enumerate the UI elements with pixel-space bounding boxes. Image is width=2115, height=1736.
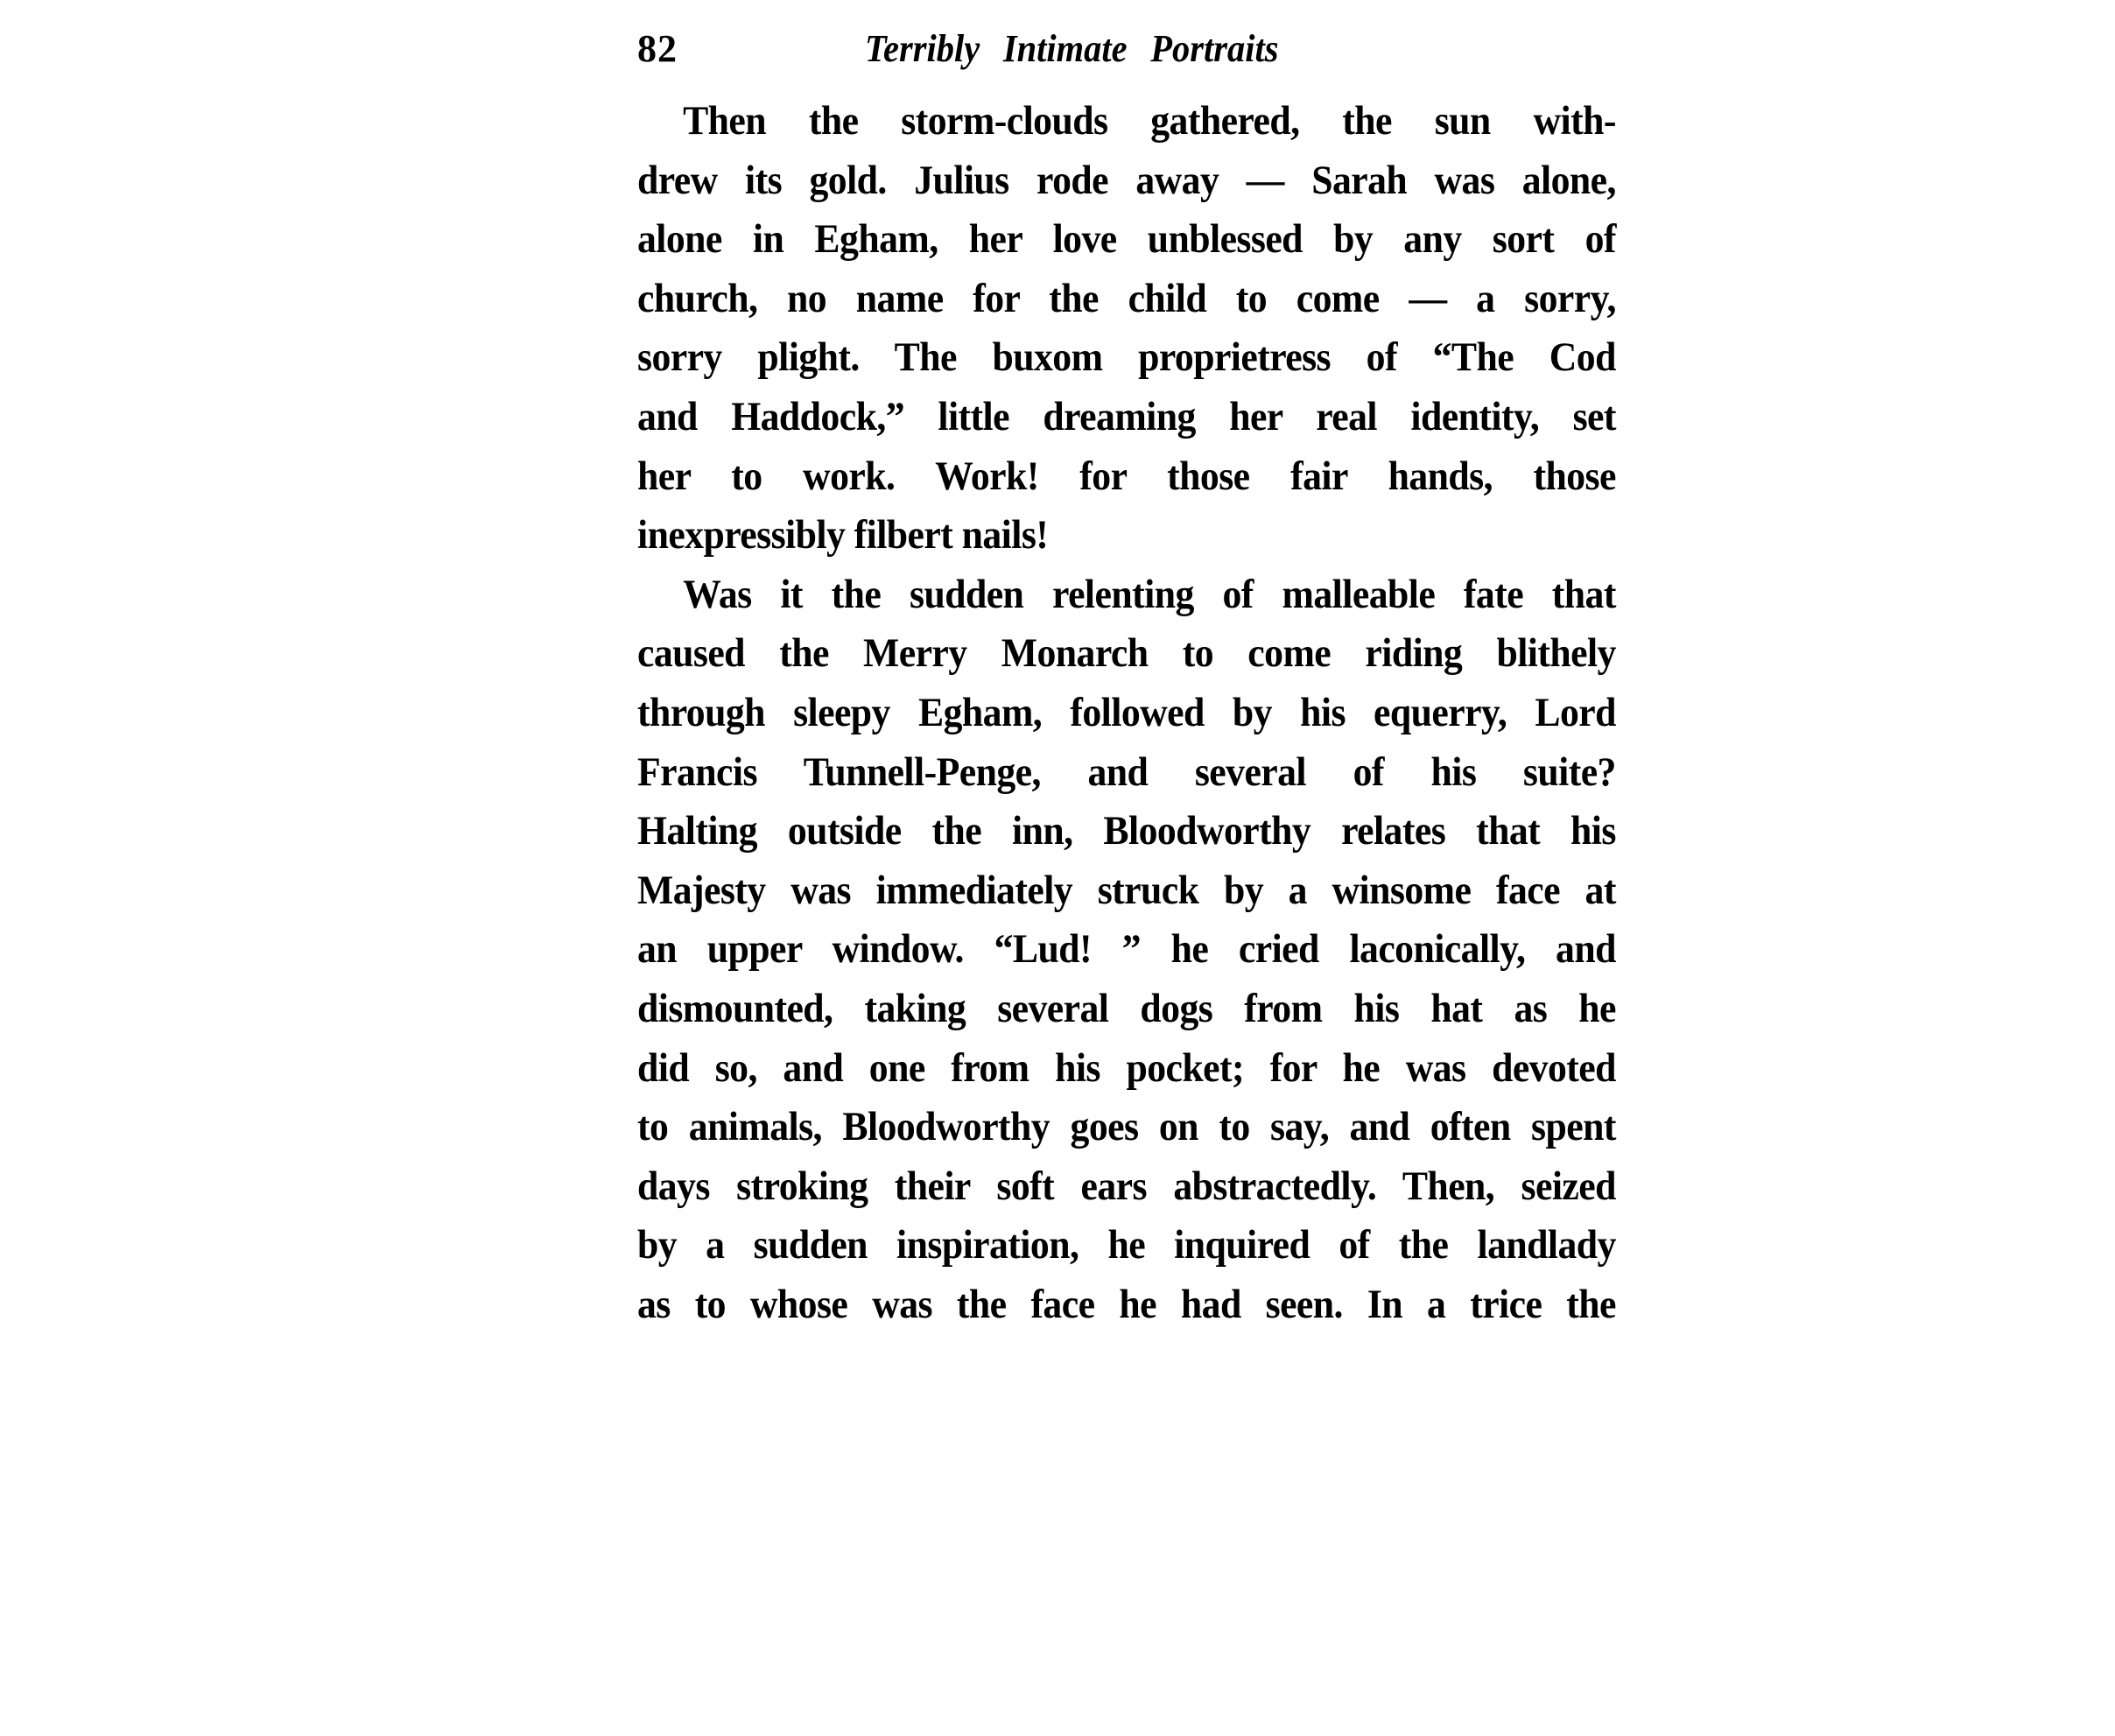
text-line: days stroking their soft ears abstracted…	[637, 1157, 1616, 1217]
page-number: 82	[637, 25, 678, 74]
text-line: Halting outside the inn, Bloodworthy rel…	[637, 802, 1616, 861]
text-line: dismounted, taking several dogs from his…	[637, 980, 1616, 1039]
body-text: Then the storm-clouds gathered, the sun …	[637, 92, 1616, 1334]
text-line: through sleepy Egham, followed by his eq…	[637, 684, 1616, 743]
running-head: 82 Terribly Intimate Portraits	[637, 25, 1616, 74]
paragraph-1: Then the storm-clouds gathered, the sun …	[637, 92, 1616, 566]
text-line: as to whose was the face he had seen. In…	[637, 1276, 1616, 1335]
text-line: Was it the sudden relenting of malleable…	[637, 566, 1616, 625]
paragraph-2: Was it the sudden relenting of malleable…	[637, 566, 1616, 1335]
text-line: her to work. Work! for those fair hands,…	[637, 447, 1616, 507]
text-line: Francis Tunnell-Penge, and several of hi…	[637, 743, 1616, 803]
text-line: alone in Egham, her love unblessed by an…	[637, 210, 1616, 270]
text-line: to animals, Bloodworthy goes on to say, …	[637, 1098, 1616, 1157]
text-line: caused the Merry Monarch to come riding …	[637, 624, 1616, 684]
text-line: did so, and one from his pocket; for he …	[637, 1039, 1616, 1099]
text-line: and Haddock,” little dreaming her real i…	[637, 388, 1616, 447]
text-line: inexpressibly filbert nails!	[637, 506, 1616, 566]
text-line: church, no name for the child to come — …	[637, 270, 1616, 329]
running-title: Terribly Intimate Portraits	[865, 25, 1278, 74]
text-line: by a sudden inspiration, he inquired of …	[637, 1216, 1616, 1276]
text-line: sorry plight. The buxom proprietress of …	[637, 328, 1616, 388]
text-line: drew its gold. Julius rode away — Sarah …	[637, 151, 1616, 211]
text-line: an upper window. “Lud! ” he cried laconi…	[637, 920, 1616, 980]
text-line: Majesty was immediately struck by a wins…	[637, 861, 1616, 921]
text-line: Then the storm-clouds gathered, the sun …	[637, 92, 1616, 151]
